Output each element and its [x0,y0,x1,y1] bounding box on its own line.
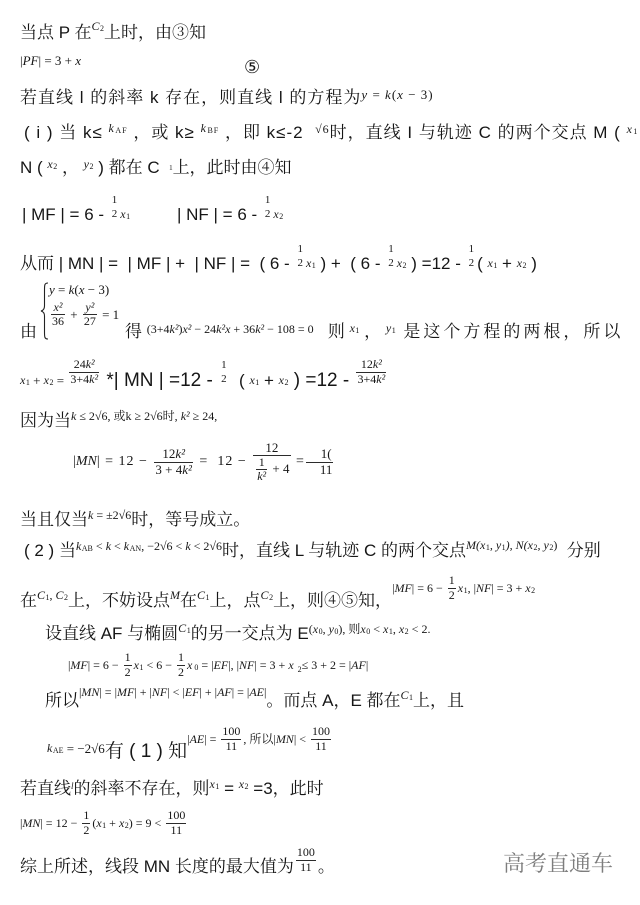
text: 所以 [45,692,79,709]
line-point-p-on-c2: 当点 P 在 C2 上时，由③知 [20,22,206,42]
math-op: | = | [232,686,250,698]
frac-num: 100 [311,725,331,738]
equation-nf-case-i: | NF | = 6 - 12 x2 [177,200,283,228]
math-x2: x2 [47,158,57,170]
text: ， [359,323,385,340]
text: 是这个方程的两根，所以 [396,323,624,340]
subscript: 1 [255,379,259,387]
text: 上，点 [210,592,261,609]
math-c1: C1 [178,622,191,634]
text: 当点 P 在 [20,24,91,41]
math-var: k² [170,323,179,335]
math-var: x [397,257,402,269]
math-quadratic: (3+4 k² ) x² − 24 k²x + 36 k² − 108 = 0 [147,323,314,335]
math-var: x [279,374,284,386]
math-var: k² [182,463,192,477]
subscript: 1 [46,594,50,602]
subscript: 1 [187,627,191,635]
subscript: 1 [102,822,106,830]
math-var: k [385,88,392,101]
text: =3，此时 [249,780,324,797]
math-var: k² [373,358,382,371]
frac-den: 11 [166,823,186,837]
watermark-text: 高考直通车 [503,853,613,875]
text: 时，直线 L 与轨迹 C 的两个交点 [222,542,466,559]
line-because-k-range: 因为当 k ≤ 2√6, 或k ≥ 2√6时, k² ≥ 24, [20,410,217,430]
math-op: ) [553,539,557,551]
text: ( [230,372,250,389]
fraction: 24k² 3+4k² [69,358,99,385]
math-var: NF [476,582,491,594]
math-var: x [383,623,388,635]
math-c2: C2 [261,589,274,601]
math-op: = ±2√6 [93,509,131,521]
math-var: x [249,374,254,386]
math-var: y [329,623,334,635]
subscript: 1 [409,694,413,702]
math-var: x [488,257,493,269]
frac-num: 24k² [69,358,99,371]
math-var: MF [70,659,87,671]
math-sqrt6: √6 [315,123,330,135]
math-op: | = 3 + [254,659,288,671]
text: 上，此时由④知 [173,159,292,176]
equation-mf-ef-nf-af: | MF | = 6 − 12 x1 < 6 − 12 x0 = | EF |,… [68,648,368,682]
frac-num: 1 [177,651,185,664]
line-case-2: ( 2 ) 当 kAB < k < kAN , −2√6 < k < 2√6 时… [24,540,601,560]
subscript: AF [115,127,127,135]
frac-den: 2 [82,823,90,837]
math-op: | = 6 − [88,659,122,671]
math-op: |, | [228,659,239,671]
text: 设直线 AF 与椭圆 [45,625,178,642]
math-var: x [134,659,139,671]
math-op: − 3) [85,282,110,298]
fraction-half: 12 [448,574,456,601]
frac-num: 1 [220,359,228,371]
frac-den: 36 [51,314,65,328]
frac-num: 100 [166,809,186,822]
frac-den: 2 [387,256,395,269]
math-op: (3+4 [147,323,170,335]
frac-num: 100 [221,725,241,738]
math-var: k² [255,323,264,335]
math-op: | = 3 + [491,582,525,594]
fraction: 12 1k² + 4 [253,441,290,484]
text: = [219,780,238,797]
math-op: = 1 [99,307,119,323]
math-num: 12 [361,358,373,371]
math-var: , y [537,539,548,551]
fraction: 1(11 [306,447,334,477]
math-var: NF [239,659,254,671]
frac-den: 27 [83,314,97,328]
math-var: x [399,623,404,635]
math-var: k² [175,447,185,461]
circled-number: ⑤ [244,58,260,76]
math-op: | = | [99,686,117,698]
math-var: EF [214,659,229,671]
frac-num: 1 [296,243,304,255]
math-var: k² [181,410,190,422]
text: ( [477,255,487,272]
math-var: x [119,817,124,829]
text: ) =12 - [288,371,354,390]
math-k-ae: kAE = −2√6 [47,742,105,755]
math-op: + 36 [230,323,255,335]
math-op: | < [294,733,309,745]
frac-num: 1( [306,447,334,461]
math-var: x [20,374,25,386]
math-op: | = [204,733,219,745]
equation-mn-vertical-case: | MN | = 12 − 12 ( x1 + x2 ) = 9 < 10011 [20,805,188,841]
text: 因为当 [20,412,71,429]
subscript: AB [82,545,93,553]
subscript: 2 [523,262,527,270]
subscript: 1 [126,213,130,221]
math-op: , −2√6 < [141,540,185,552]
equation-mn-sum: 从而 | MN | = | MF | + | NF | = ( 6 - 12 x… [20,249,537,277]
subscript: 0 [194,664,198,672]
subscript: 2 [533,544,537,552]
math-op: | = 12 − [97,455,153,469]
math-op: ) = 9 < [129,817,165,829]
math-x2: x2 [279,374,289,386]
text: 若直线 [20,780,71,797]
equation-label-5: ⑤ [244,57,260,77]
frac-den: 3+4k² [69,372,99,386]
subscript: 1 [502,544,506,552]
math-var: k [124,540,129,552]
math-op: ), 则 [338,623,360,635]
subscript: 1 [206,594,210,602]
math-op: − 24 [191,323,216,335]
math-var: C [197,589,205,601]
subscript: 1 [215,783,219,791]
text: ，即 k≤-2 [219,124,315,141]
equation-mf-case-i: | MF | = 6 - 12 x1 [22,200,130,228]
math-op: + [67,307,81,323]
subscript: 2 [100,25,104,33]
frac-den: 11 [296,860,316,874]
text: ) + ( 6 - [316,255,385,272]
math-var: x [44,374,49,386]
frac-den: 2 [468,256,476,269]
math-var: AF [351,659,366,671]
math-var: MF [394,582,411,594]
frac-num: 1 [448,574,456,587]
fraction-half: 12 [468,243,476,268]
math-var: M [170,589,180,601]
line-n-on-c1: N ( x2 ， y2 ) 都在 C 1 上，此时由④知 [20,157,292,177]
math-op: | = 3 + [39,54,76,67]
math-op: = [55,282,69,298]
subscript: 2 [53,163,57,171]
fraction-half: 12 [220,359,228,384]
math-x1: x1 [306,257,316,269]
subscript: BF [207,127,219,135]
subscript: 2 [531,587,535,595]
math-var: C [178,622,186,634]
math-op: + 4 [269,462,289,476]
subscript: 2 [279,213,283,221]
frac-den: 11 [311,739,331,753]
math-x2: x2 [397,257,407,269]
math-line-equation: y = k ( x − 3) [361,88,433,101]
text: | NF | = 6 - [177,206,262,223]
subscript: 1 [312,262,316,270]
math-var: AE [190,733,205,745]
math-op: ≤ 3 + 2 = | [302,659,352,671]
subscript: 2 [284,379,288,387]
subscript: 1 [140,664,144,672]
math-var: x [350,322,355,334]
text: 分别 [557,542,600,559]
subscript: 2 [298,666,302,674]
subscript: 2 [64,594,68,602]
math-op: = [368,88,385,101]
frac-num: 1 [468,243,476,255]
frac-den: 1k² + 4 [253,455,290,483]
subscript: 2 [405,628,409,636]
text: 上，且 [413,692,464,709]
text: 。而点 A，E 都在 [266,692,400,709]
line-slope-not-exist: 若直线 l 的斜率不存在，则 x1 = x2 =3，此时 [20,778,324,798]
math-op: , 所以| [243,733,275,745]
subscript: 1 [493,262,497,270]
text: 上，则④⑤知， [273,592,392,609]
frac-num: 1 [264,194,272,206]
fraction-nested: 1k² [256,456,267,483]
fraction-half: 12 [124,651,132,678]
math-num: 12 [162,447,175,461]
math-x1: x1 [249,374,259,386]
math-e-coordinates: ( x0 , y0 ), 则 x0 < x1 , x2 < 2. [309,623,431,635]
math-var: y [84,158,89,170]
frac-num: 12k² [356,358,386,371]
text: 从而 | MN | = | MF | + | NF | = ( 6 - [20,255,294,272]
math-var: x [210,778,215,790]
math-op: | [264,686,266,698]
math-var: PF [23,54,39,67]
subscript: 1 [486,544,490,552]
math-num: 3 + 4 [155,463,182,477]
fraction-max-value: 10011 [296,846,316,873]
line-case-i: ( i ) 当 k≤ kAF ，或 k≥ kBF ，即 k≤-2 √6 时，直线… [24,122,640,142]
text: 当且仅当 [20,511,88,528]
text: 的斜率不存在，则 [74,780,210,797]
math-op: ≥ 24, [190,410,218,422]
math-x1: x1 [120,208,130,220]
frac-num: y² [83,301,97,314]
text: ) 都在 C [94,159,170,176]
math-var: x [525,582,530,594]
math-var: x [627,123,633,135]
line-ae-length: kAE = −2√6 有 ( 1 ) 知 | AE | = 10011 , 所以… [47,726,333,770]
text: 上时，由③知 [104,24,206,41]
frac-den: 2 [296,256,304,269]
subscript: 2 [245,783,249,791]
text: 时，直线 I 与轨迹 C 的两个交点 M ( [330,124,627,141]
subscript: 2 [125,822,129,830]
math-x1: x1 [488,257,498,269]
frac-den: 11 [306,462,334,477]
text: 有 ( 1 ) 知 [105,742,187,761]
math-x1-plus-x2: x1 + x2 = [20,374,67,387]
math-x2: x2 [517,257,527,269]
text: 在 [180,592,197,609]
text: ) =12 - [407,255,466,272]
subscript: 1 [355,327,359,335]
frac-num: 1 [111,194,119,206]
subscript: 1 [26,379,30,387]
math-k-af: kAF [109,122,128,134]
text: 综上所述，线段 MN 长度的最大值为 [20,858,294,875]
system-ellipse-equation: x²36 + y²27 = 1 [49,301,119,328]
fraction-half: 12 [177,651,185,678]
frac-num: 1 [82,809,90,822]
frac-den: 2 [448,588,456,602]
math-var: EF [185,686,200,698]
math-var: x [517,257,522,269]
text: + [259,372,278,389]
subscript: 2 [269,594,273,602]
math-x1: x1 [350,322,360,334]
math-x2: x2 [273,208,283,220]
fraction: x²36 [51,301,65,328]
math-op: | + | [134,686,152,698]
math-op: ≤ 2√6, 或k ≥ 2√6时, [76,410,180,422]
equation-pf: | PF | = 3 + x [20,52,81,68]
math-op: = 12 − [195,455,251,469]
text: | MF | = 6 - [22,206,109,223]
fraction-half: 12 [82,809,90,836]
math-num: 24 [74,358,86,371]
text: *| MN | =12 - [101,371,218,390]
math-k-range: kAB < k < kAN , −2√6 < k < 2√6 [76,540,222,552]
math-var: , y [490,539,501,551]
math-op: < [111,540,124,552]
text: N ( [20,159,47,176]
math-var: k [201,122,207,134]
line-intersection-e: 设直线 AF 与椭圆 C1 的另一交点为 E ( x0 , y0 ), 则 x0… [45,623,430,643]
math-op: | [366,659,368,671]
fraction-100-11: 10011 [221,725,241,752]
line-mn-less-than-ae: 所以 | MN | = | MF | + | NF | < | EF | + |… [45,688,464,712]
fraction-100-11: 10011 [166,809,186,836]
math-var: x [458,582,463,594]
math-ae-mn-bound: | AE | = 10011 , 所以| MN | < 10011 [187,725,333,752]
subscript: AN [130,545,142,553]
math-c1-c2: C1 , C2 [37,589,68,601]
math-c1: C1 [401,689,414,701]
math-op: = −2√6 [64,742,105,755]
math-var: MN [81,686,99,698]
math-op: + [30,374,44,387]
math-var: x [313,623,318,635]
math-var: C [91,20,99,32]
subscript: 2 [549,544,553,552]
math-var: x [397,88,404,101]
math-op: = [293,455,304,469]
frac-num: 1 [124,651,132,664]
math-k-bf: kBF [201,122,220,134]
math-op: = | [198,659,213,671]
frac-den: 2 [111,207,119,220]
line-slope-exists: 若直线 l 的斜率 k 存在，则直线 l 的方程为 y = k ( x − 3) [20,87,434,107]
system-line-equation: y = k ( x − 3) [49,282,109,298]
math-op: < [370,623,383,635]
math-op: = [54,374,68,387]
text: 时，等号成立。 [131,511,250,528]
math-op: < 6 − [144,659,176,671]
math-var: k²x [216,323,230,335]
math-op: < 2√6 [191,540,222,552]
math-var: y [386,322,391,334]
frac-den: 2 [177,665,185,679]
math-var: k [76,540,81,552]
text: 则 [314,323,350,340]
math-var: AF [217,686,232,698]
math-var: ), N(x [506,539,533,551]
math-var: AE [249,686,264,698]
math-op: | + | [199,686,217,698]
math-var: x [360,623,365,635]
text: 。 [318,858,335,875]
line-quadratic-result: 得 (3+4 k² ) x² − 24 k²x + 36 k² − 108 = … [125,321,623,341]
math-var: NF [152,686,167,698]
subscript: 0 [319,628,323,636]
frac-den: 2 [264,207,272,220]
frac-den: 2 [124,665,132,679]
frac-num: 1 [387,243,395,255]
left-brace-icon [40,282,49,340]
math-c1: C1 [197,589,210,601]
fraction: 12k² 3+4k² [356,358,386,385]
fraction-100-11: 10011 [311,725,331,752]
math-var: M(x [466,539,485,551]
math-var: x [239,778,244,790]
math-op: + [106,817,119,829]
subscript: 2 [90,163,94,171]
math-var: x [96,817,101,829]
math-var: C [56,589,64,601]
text: 若直线 l 的斜率 k 存在，则直线 l 的方程为 [20,89,361,106]
text: 得 [125,323,147,340]
math-var: x [187,659,192,671]
math-var: x [273,208,278,220]
math-num: 3+4 [357,373,376,386]
text: ， [57,159,83,176]
math-op: , | [468,582,476,594]
math-var: k [47,742,52,754]
line-equality-condition: 当且仅当 k = ±2√6 时，等号成立。 [20,509,250,529]
text: ( i ) 当 k≤ [24,124,109,141]
text: ，或 k≥ [128,124,201,141]
line-from-label: 由 [20,321,37,341]
math-op: < [93,540,106,552]
subscript: 1 [169,165,173,172]
frac-num: 12 [253,441,290,455]
frac-den: 3 + 4k² [154,462,193,477]
frac-den: 11 [221,739,241,753]
math-op: − 3) [404,88,434,101]
math-var: x [306,257,311,269]
math-var: x [288,659,293,671]
math-var: C [37,589,45,601]
fraction: 12k² 3 + 4k² [154,447,193,477]
math-curve-c2: C2 [91,20,104,32]
